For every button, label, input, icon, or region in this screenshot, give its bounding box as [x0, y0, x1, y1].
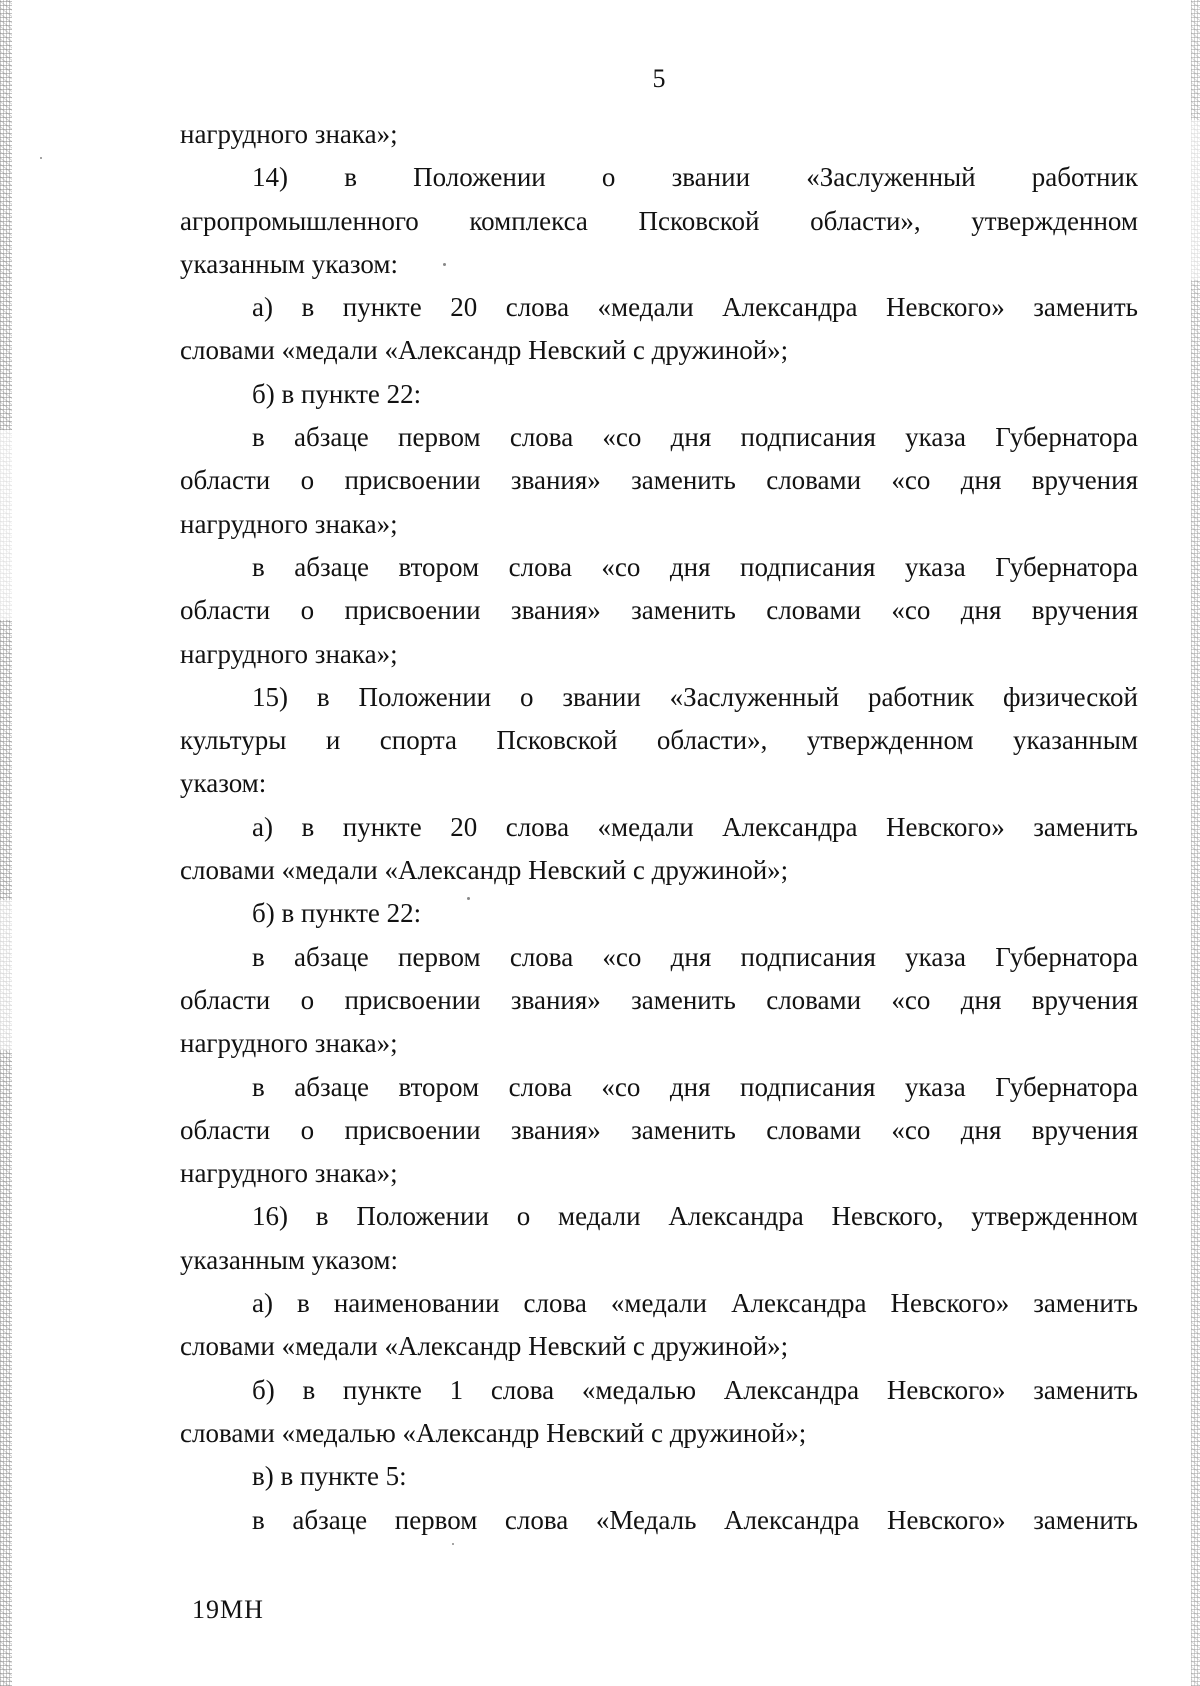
scan-noise-gap: [0, 900, 12, 1050]
text-line: агропромышленного комплекса Псковской об…: [180, 200, 1138, 243]
document-body: нагрудного знака»;14) в Положении о зван…: [180, 113, 1138, 1542]
text-line: указанным указом:: [180, 1239, 1138, 1282]
text-line: в абзаце первом слова «со дня подписания…: [180, 416, 1138, 459]
text-line: области о присвоении звания» заменить сл…: [180, 979, 1138, 1022]
scan-noise-gap: [1191, 120, 1200, 280]
text-line: б) в пункте 1 слова «медалью Александра …: [180, 1369, 1138, 1412]
text-line: а) в наименовании слова «медали Александ…: [180, 1282, 1138, 1325]
text-line: области о присвоении звания» заменить сл…: [180, 589, 1138, 632]
scan-noise-gap: [0, 430, 12, 620]
document-page: 5 нагрудного знака»;14) в Положении о зв…: [0, 0, 1200, 1686]
text-line: нагрудного знака»;: [180, 113, 1138, 156]
text-line: 16) в Положении о медали Александра Невс…: [180, 1195, 1138, 1238]
text-line: словами «медали «Александр Невский с дру…: [180, 1325, 1138, 1368]
scan-artifact-dot: [40, 157, 42, 159]
text-line: в абзаце первом слова «со дня подписания…: [180, 936, 1138, 979]
text-line: указанным указом:: [180, 243, 1138, 286]
text-line: а) в пункте 20 слова «медали Александра …: [180, 806, 1138, 849]
text-line: 15) в Положении о звании «Заслуженный ра…: [180, 676, 1138, 719]
scan-noise-left-edge: [0, 0, 12, 1686]
text-line: в абзаце первом слова «Медаль Александра…: [180, 1499, 1138, 1542]
text-line: словами «медали «Александр Невский с дру…: [180, 329, 1138, 372]
text-line: словами «медалью «Александр Невский с др…: [180, 1412, 1138, 1455]
text-line: нагрудного знака»;: [180, 633, 1138, 676]
footer-code: 19МН: [192, 1593, 264, 1627]
text-line: указом:: [180, 762, 1138, 805]
text-line: в абзаце втором слова «со дня подписания…: [180, 1066, 1138, 1109]
text-line: словами «медали «Александр Невский с дру…: [180, 849, 1138, 892]
text-line: культуры и спорта Псковской области», ут…: [180, 719, 1138, 762]
scan-artifact-dot: [452, 1543, 454, 1545]
scan-artifact-dot: [443, 263, 446, 266]
text-line: нагрудного знака»;: [180, 1152, 1138, 1195]
page-number: 5: [180, 62, 1138, 96]
scan-artifact-dot: [467, 897, 470, 900]
text-line: в) в пункте 5:: [180, 1455, 1138, 1498]
text-line: области о присвоении звания» заменить сл…: [180, 1109, 1138, 1152]
text-line: нагрудного знака»;: [180, 1022, 1138, 1065]
text-line: а) в пункте 20 слова «медали Александра …: [180, 286, 1138, 329]
text-line: нагрудного знака»;: [180, 503, 1138, 546]
text-line: б) в пункте 22:: [180, 892, 1138, 935]
text-line: б) в пункте 22:: [180, 373, 1138, 416]
text-line: 14) в Положении о звании «Заслуженный ра…: [180, 156, 1138, 199]
text-line: в абзаце втором слова «со дня подписания…: [180, 546, 1138, 589]
text-line: области о присвоении звания» заменить сл…: [180, 459, 1138, 502]
